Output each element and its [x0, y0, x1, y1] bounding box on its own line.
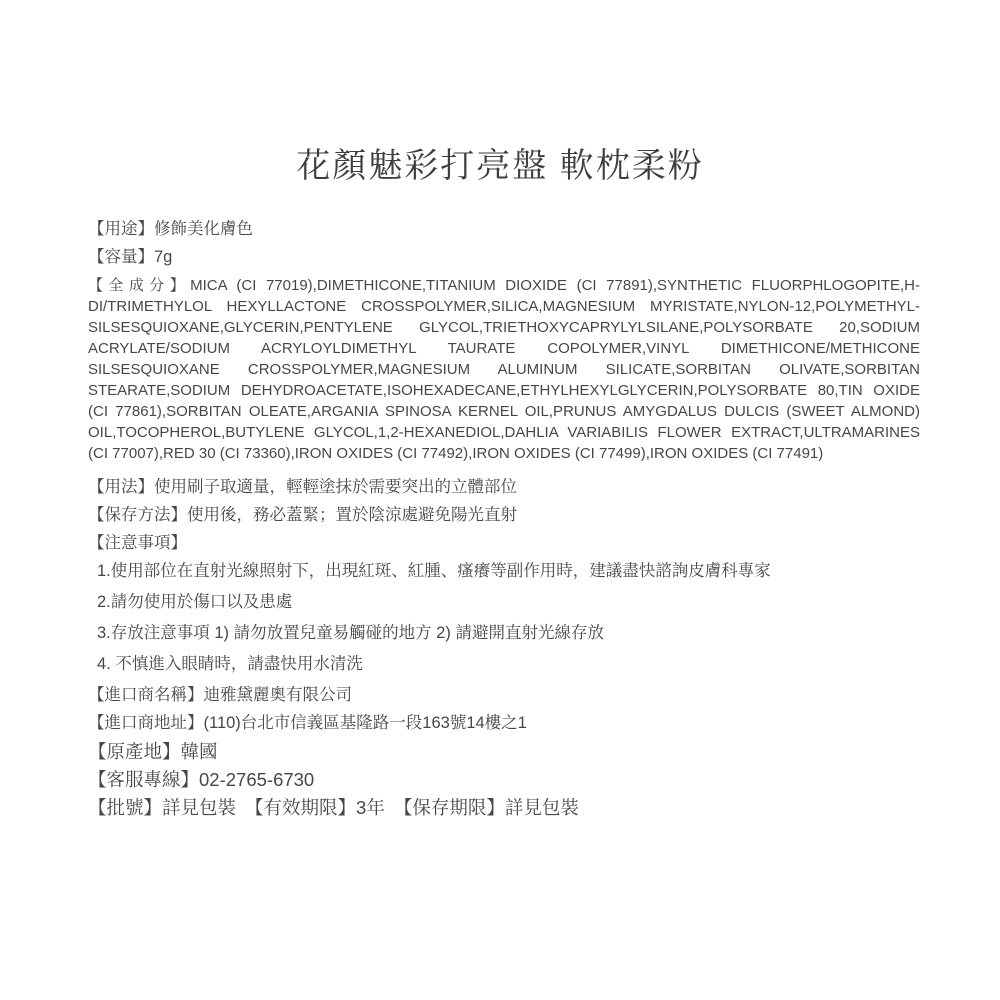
field-origin-label: 【原產地】	[88, 741, 181, 762]
field-directions-value: 使用刷子取適量，輕輕塗抹於需要突出的立體部位	[154, 478, 517, 496]
field-batch-expiry-row: 【批號】詳見包裝【有效期限】3年【保存期限】詳見包裝	[88, 797, 920, 819]
field-service-line-value: 02-2765-6730	[199, 769, 314, 790]
field-shelf-life-value: 詳見包裝	[505, 797, 579, 818]
field-expiry-value: 3年	[356, 797, 385, 818]
field-batch-value: 詳見包裝	[162, 797, 236, 818]
field-importer-address-label: 【進口商地址】	[88, 714, 204, 732]
field-importer-name-label: 【進口商名稱】	[88, 686, 204, 704]
product-title: 花顏魅彩打亮盤 軟枕柔粉	[0, 147, 1000, 185]
field-expiry-label: 【有效期限】	[245, 797, 356, 818]
field-importer-name: 【進口商名稱】迪雅黛麗奧有限公司	[88, 685, 920, 705]
field-importer-address-value: (110)台北市信義區基隆路一段163號14樓之1	[204, 714, 527, 732]
field-batch-label: 【批號】	[88, 797, 162, 818]
field-usage-label: 【用途】	[88, 220, 154, 238]
field-service-line: 【客服專線】02-2765-6730	[88, 769, 920, 791]
field-shelf-life-label: 【保存期限】	[394, 797, 505, 818]
field-usage: 【用途】修飾美化膚色	[88, 219, 920, 239]
field-directions: 【用法】使用刷子取適量，輕輕塗抹於需要突出的立體部位	[88, 477, 920, 497]
field-capacity: 【容量】7g	[88, 247, 920, 267]
precautions-header-label: 【注意事項】	[88, 534, 187, 552]
field-usage-value: 修飾美化膚色	[154, 220, 253, 238]
precautions-list: 1.使用部位在直射光線照射下，出現紅斑、紅腫、瘙癢等副作用時，建議盡快諮詢皮膚科…	[88, 561, 920, 674]
product-info-body: 【用途】修飾美化膚色 【容量】7g 【全成分】MICA (CI 77019),D…	[88, 219, 920, 825]
field-storage-value: 使用後，務必蓋緊；置於陰涼處避免陽光直射	[187, 506, 517, 524]
field-capacity-value: 7g	[154, 248, 172, 266]
field-origin-value: 韓國	[181, 741, 218, 762]
product-info-page: 花顏魅彩打亮盤 軟枕柔粉 【用途】修飾美化膚色 【容量】7g 【全成分】MICA…	[0, 0, 1000, 1000]
field-capacity-label: 【容量】	[88, 248, 154, 266]
field-origin: 【原產地】韓國	[88, 741, 920, 763]
field-directions-label: 【用法】	[88, 478, 154, 496]
field-ingredients: 【全成分】MICA (CI 77019),DIMETHICONE,TITANIU…	[88, 275, 920, 464]
field-service-line-label: 【客服專線】	[88, 769, 199, 790]
field-storage-label: 【保存方法】	[88, 506, 187, 524]
field-importer-name-value: 迪雅黛麗奧有限公司	[204, 686, 353, 704]
field-storage: 【保存方法】使用後，務必蓋緊；置於陰涼處避免陽光直射	[88, 505, 920, 525]
precautions-header: 【注意事項】	[88, 533, 920, 553]
field-importer-address: 【進口商地址】(110)台北市信義區基隆路一段163號14樓之1	[88, 713, 920, 733]
